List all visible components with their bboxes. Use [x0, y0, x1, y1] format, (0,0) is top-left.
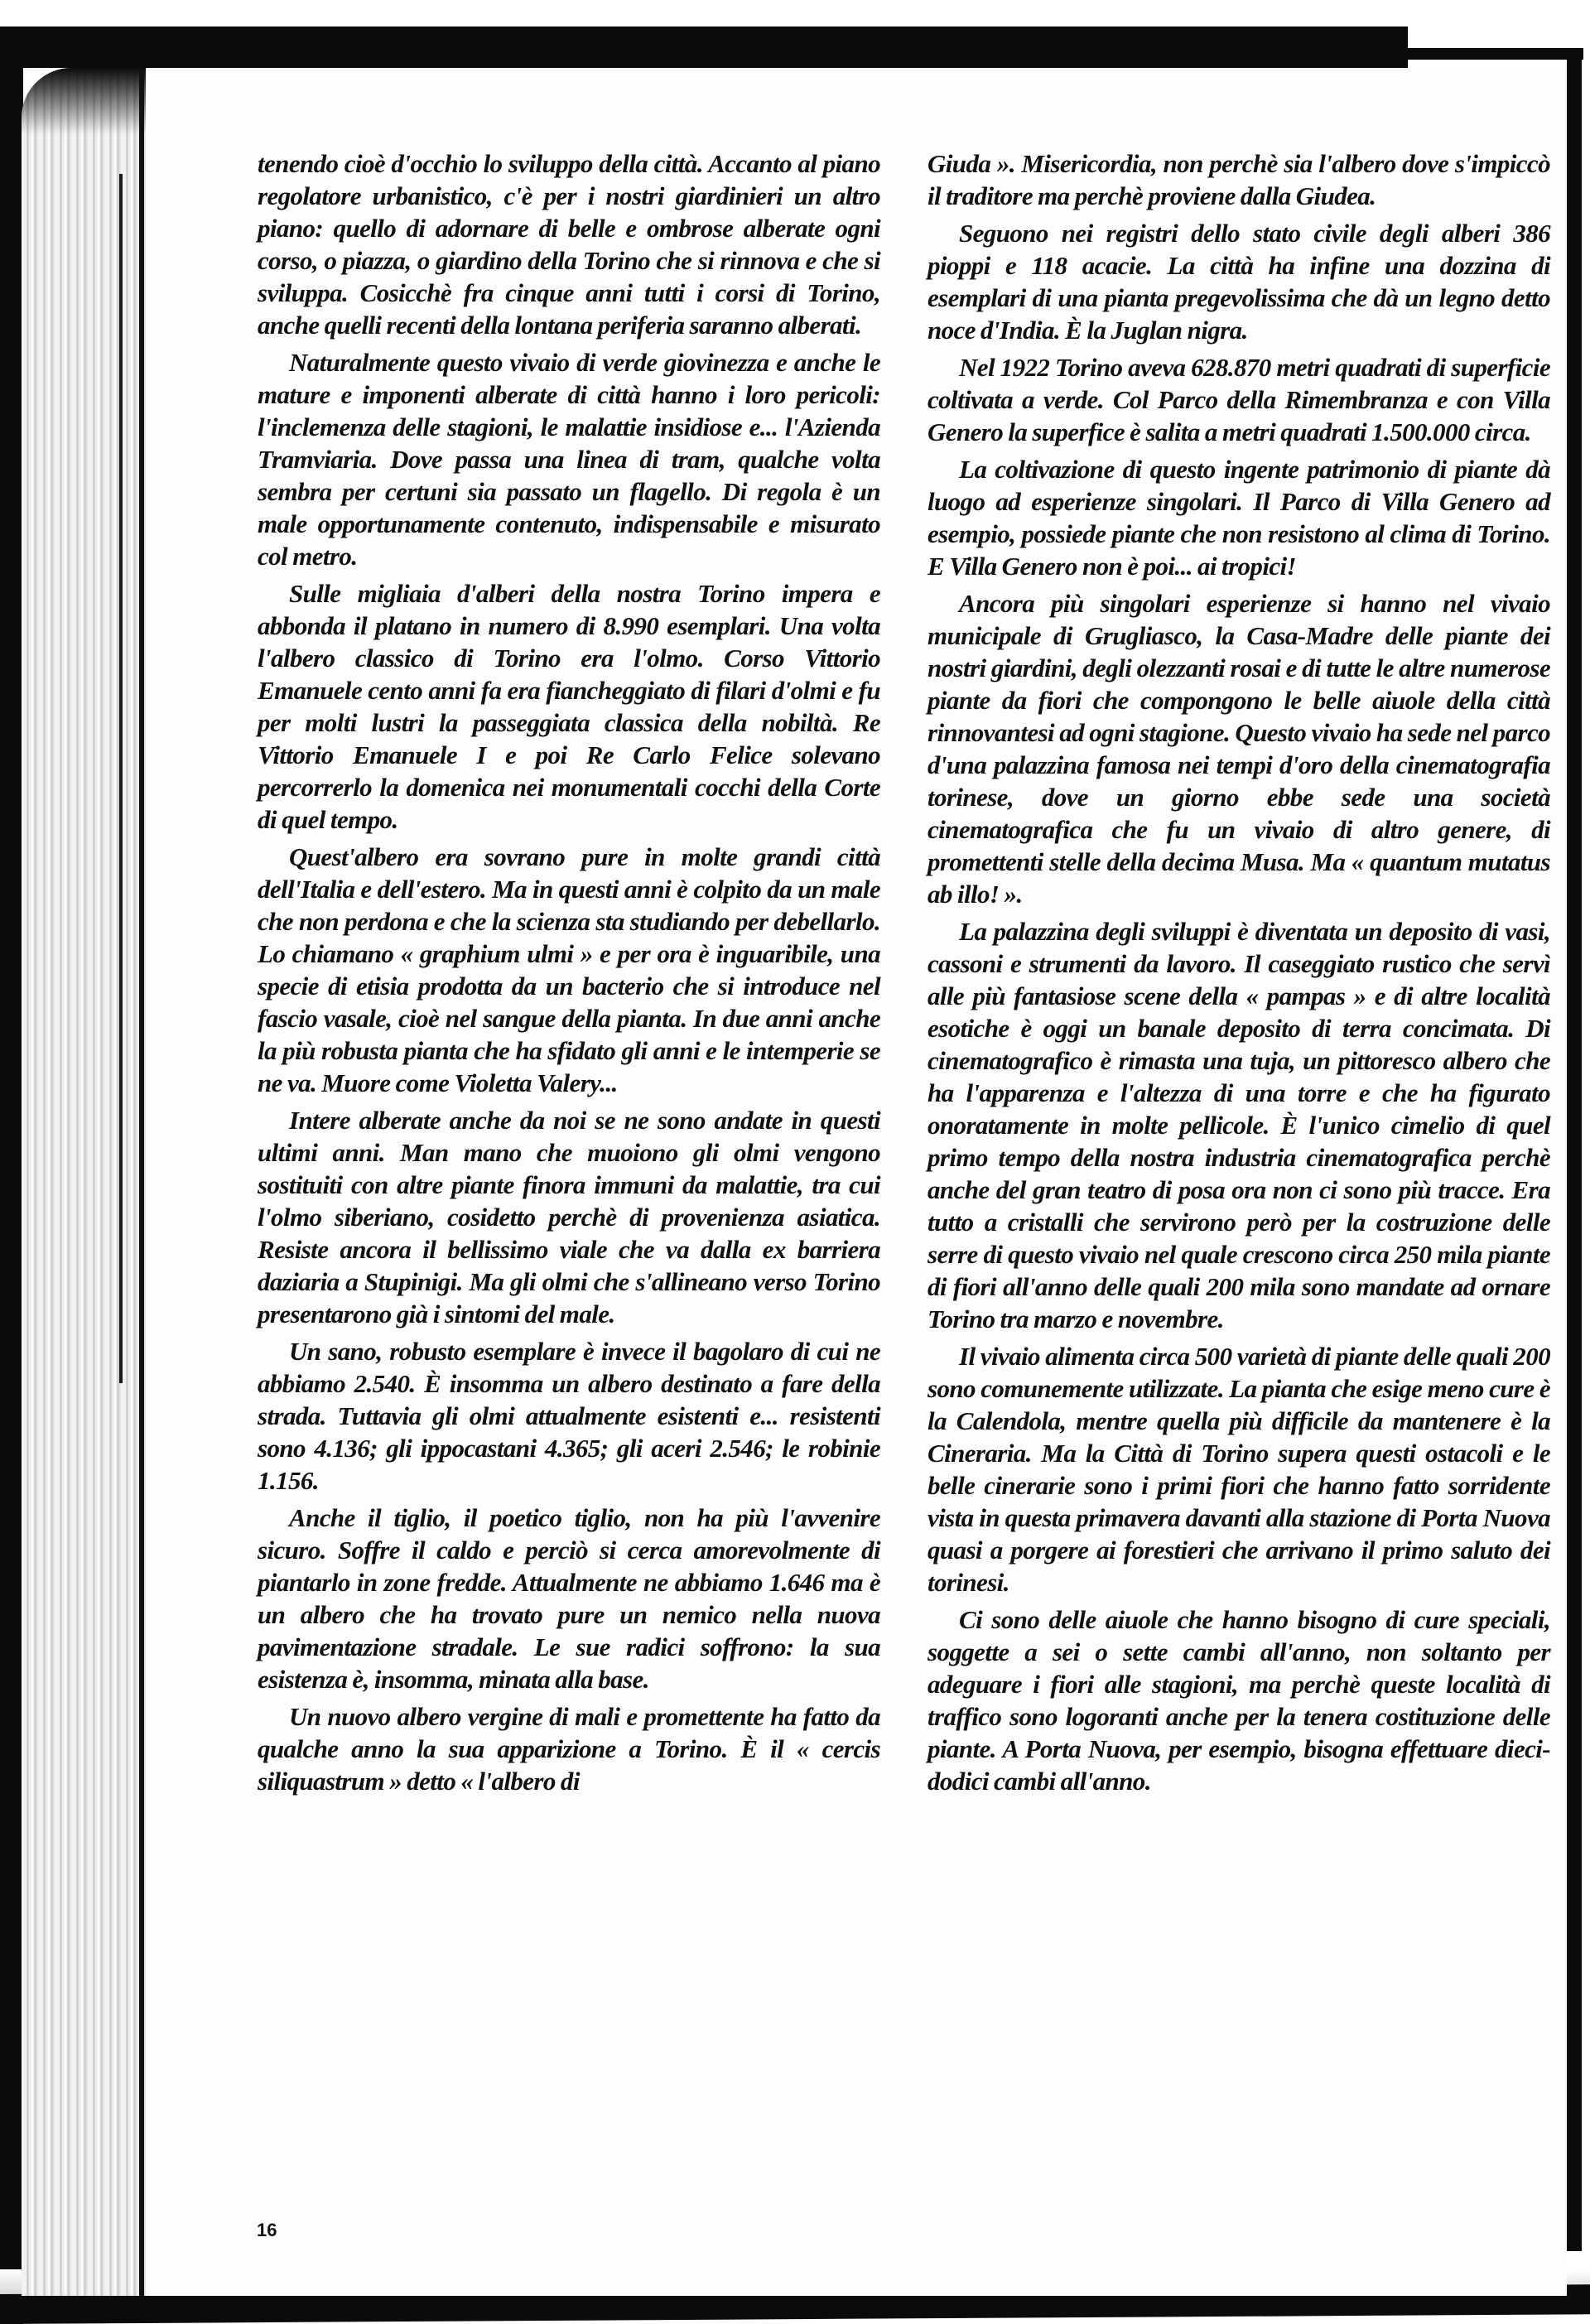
inner-margin-line	[119, 174, 123, 1383]
paragraph: Naturalmente questo vivaio di verde giov…	[258, 346, 880, 572]
scan-frame-right	[1567, 48, 1582, 2251]
paragraph: Quest'albero era sovrano pure in molte g…	[258, 841, 880, 1099]
paragraph: Un sano, robusto esemplare è invece il b…	[258, 1335, 880, 1497]
paragraph: Intere alberate anche da noi se ne sono …	[258, 1104, 880, 1330]
paragraph: Giuda ». Misericordia, non perchè sia l'…	[927, 147, 1550, 212]
paragraph: Il vivaio alimenta circa 500 varietà di …	[927, 1340, 1550, 1598]
paragraph: Sulle migliaia d'alberi della nostra Tor…	[258, 577, 880, 836]
paragraph: Seguono nei registri dello stato civile …	[927, 217, 1550, 346]
paragraph: La palazzina degli sviluppi è diventata …	[927, 915, 1550, 1335]
paragraph: Un nuovo albero vergine di mali e promet…	[258, 1700, 880, 1797]
right-text-column: Giuda ». Misericordia, non perchè sia l'…	[927, 147, 1550, 1797]
scan-frame-top	[0, 27, 1408, 68]
paragraph: Ancora più singolari esperienze si hanno…	[927, 587, 1550, 910]
scan-frame-left	[0, 27, 23, 2324]
stacked-page-edges	[22, 68, 146, 2296]
paragraph: Anche il tiglio, il poetico tiglio, non …	[258, 1502, 880, 1695]
scan-frame-top-right	[1408, 48, 1583, 60]
paragraph: Ci sono delle aiuole che hanno bisogno d…	[927, 1603, 1550, 1797]
binding-gutter-line	[139, 68, 144, 2296]
left-text-column: tenendo cioè d'occhio lo sviluppo della …	[258, 147, 880, 1797]
page-number: 16	[257, 2220, 277, 2241]
paragraph: La coltivazione di questo ingente patrim…	[927, 453, 1550, 582]
paragraph: Nel 1922 Torino aveva 628.870 metri quad…	[927, 351, 1550, 448]
paragraph: tenendo cioè d'occhio lo sviluppo della …	[258, 147, 880, 341]
